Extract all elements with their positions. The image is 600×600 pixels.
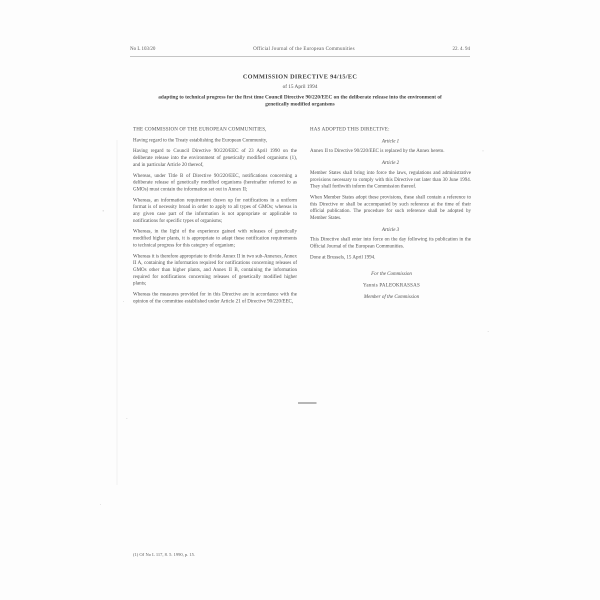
scan-noise — [488, 331, 490, 332]
article-3-heading: Article 3 — [310, 226, 471, 233]
directive-date: of 15 April 1994 — [130, 84, 470, 90]
preamble-paragraph: Whereas, under Title B of Directive 90/2… — [133, 172, 297, 193]
header-rule — [130, 56, 470, 57]
preamble-opening: THE COMMISSION OF THE EUROPEAN COMMUNITI… — [133, 126, 297, 133]
preamble-paragraph: Having regard to Council Directive 90/22… — [133, 148, 297, 169]
preamble-paragraph: Whereas it is therefore appropriate to d… — [133, 253, 297, 287]
article-1-paragraph: Annex II to Directive 90/220/EEC is repl… — [310, 148, 471, 155]
journal-issue-number: No L 103/20 — [130, 46, 155, 52]
footnote: (1) OJ No L 117, 8. 5. 1990, p. 15. — [133, 552, 195, 557]
scan-artifact-streak — [117, 140, 118, 485]
directive-title-block: COMMISSION DIRECTIVE 94/15/EC of 15 Apri… — [130, 73, 470, 108]
end-of-text-mark — [298, 403, 317, 404]
done-at-line: Done at Brussels, 15 April 1994. — [310, 254, 471, 261]
preamble-column: THE COMMISSION OF THE EUROPEAN COMMUNITI… — [133, 126, 297, 309]
enacting-column: HAS ADOPTED THIS DIRECTIVE: Article 1 An… — [310, 126, 471, 309]
scan-noise — [123, 301, 124, 302]
article-2-paragraph: Member States shall bring into force the… — [310, 169, 471, 190]
signature-name: Yannis PALEOKRASSAS — [339, 279, 444, 291]
journal-header: No L 103/20 Official Journal of the Euro… — [130, 46, 470, 52]
scan-noise — [103, 210, 105, 212]
directive-document: No L 103/20 Official Journal of the Euro… — [0, 0, 600, 600]
article-3-paragraph: This Directive shall enter into force on… — [310, 236, 471, 250]
scan-noise — [100, 504, 101, 505]
journal-title: Official Journal of the European Communi… — [253, 46, 355, 52]
scan-noise — [126, 418, 128, 419]
directive-subtitle: adapting to technical progress for the f… — [150, 94, 450, 108]
preamble-paragraph: Whereas, an information requirement draw… — [133, 197, 297, 224]
signature-title: Member of the Commission — [339, 291, 444, 303]
scanned-page: No L 103/20 Official Journal of the Euro… — [0, 0, 600, 600]
journal-date: 22. 4. 94 — [453, 46, 471, 52]
article-2-paragraph: When Member States adopt these provision… — [310, 194, 471, 221]
preamble-paragraph: Having regard to the Treaty establishing… — [133, 137, 297, 144]
signature-for: For the Commission — [339, 268, 444, 280]
preamble-paragraph: Whereas, in the light of the experience … — [133, 228, 297, 249]
document-body: THE COMMISSION OF THE EUROPEAN COMMUNITI… — [133, 126, 471, 309]
scan-noise — [483, 150, 484, 152]
article-2-heading: Article 2 — [310, 160, 471, 167]
preamble-paragraph: Whereas the measures provided for in thi… — [133, 291, 297, 305]
signature-block: For the Commission Yannis PALEOKRASSAS M… — [339, 268, 444, 303]
directive-title: COMMISSION DIRECTIVE 94/15/EC — [130, 73, 470, 81]
adoption-formula: HAS ADOPTED THIS DIRECTIVE: — [310, 126, 471, 133]
article-1-heading: Article 1 — [310, 138, 471, 145]
